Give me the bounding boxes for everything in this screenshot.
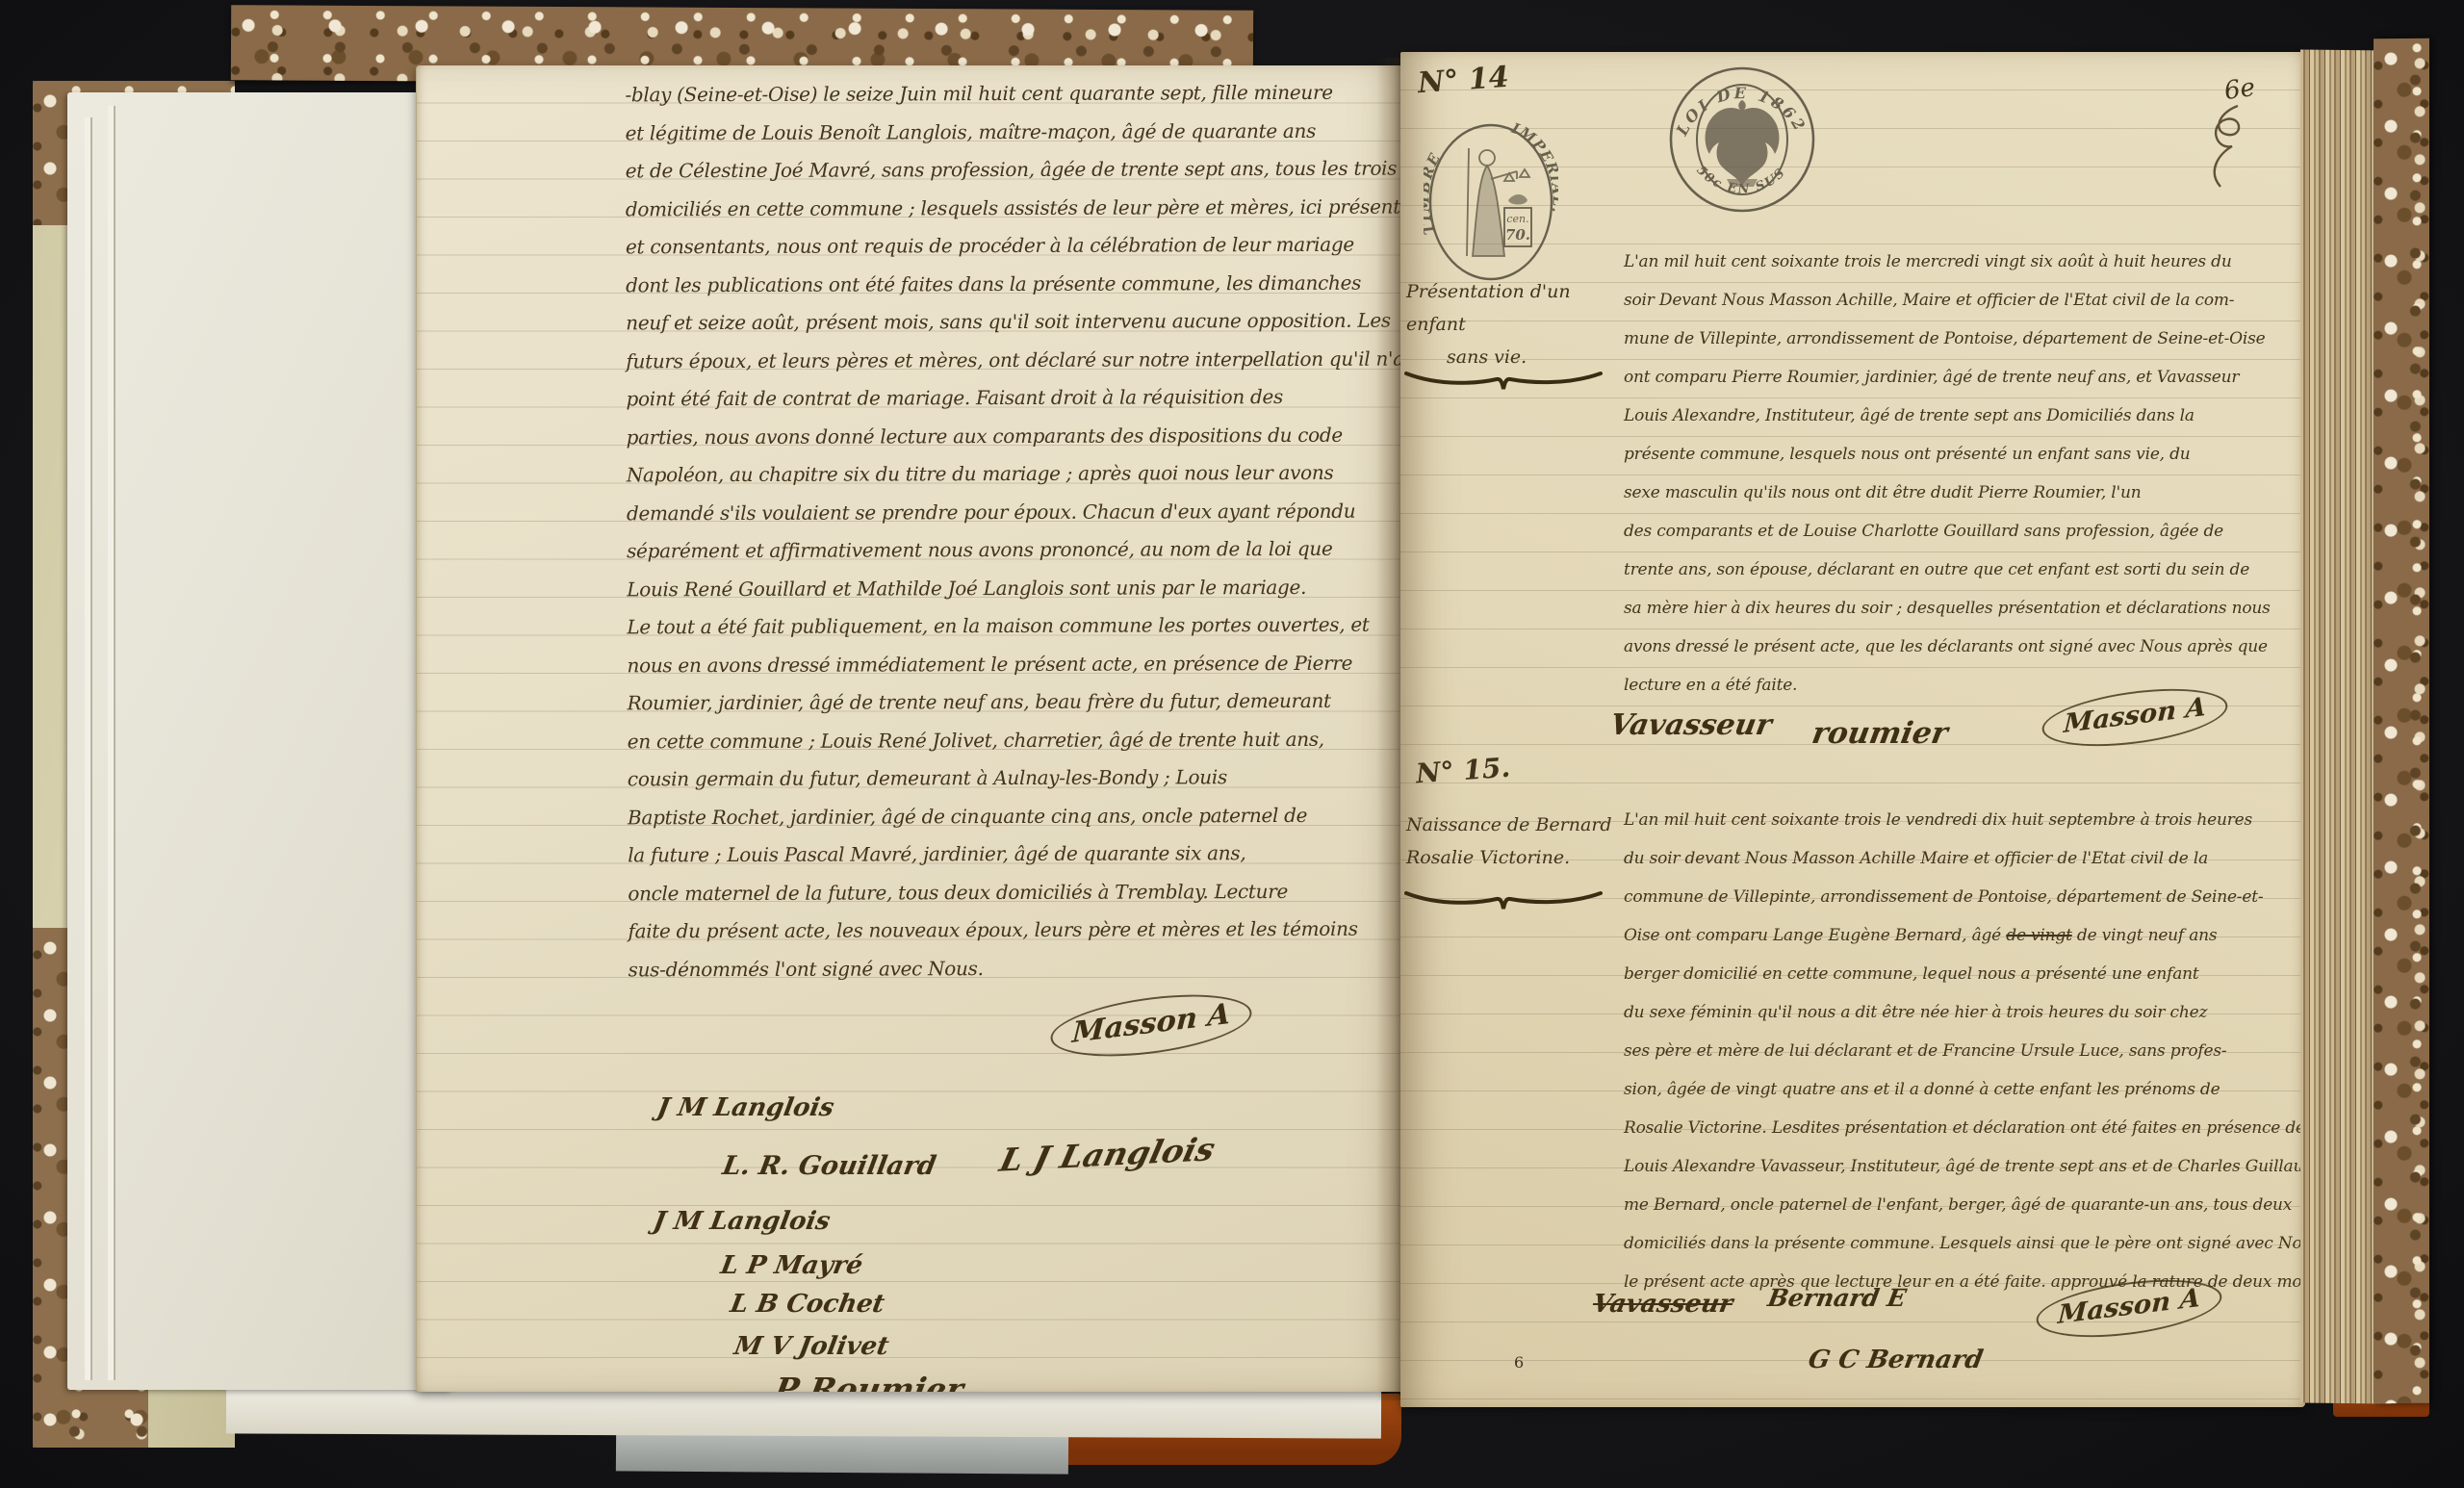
marriage-act-text: -blay (Seine-et-Oise) le seize Juin mil … [625,74,1398,989]
margin-note-line: Rosalie Victorine. [1406,841,1628,874]
left-register-page: -blay (Seine-et-Oise) le seize Juin mil … [416,65,1404,1392]
manuscript-line: point été fait de contrat de mariage. Fa… [626,378,1396,419]
birth-act-text-part2: berger domicilié en cette commune, leque… [1624,955,2297,1301]
manuscript-line: Napoléon, au chapitre six du titre du ma… [627,454,1397,495]
loi-de-1862-stamp: LOI DE 1862 50c EN SUS [1666,64,1818,216]
line-text: Oise ont comparu Lange Eugène Bernard, â… [1624,926,2006,945]
manuscript-line: et légitime de Louis Benoît Langlois, ma… [625,112,1395,152]
manuscript-line: sa mère hier à dix heures du soir ; desq… [1624,589,2297,628]
manuscript-line: L'an mil huit cent soixante trois le ven… [1624,801,2297,839]
margin-note-line: Présentation d'un enfant [1406,275,1628,341]
manuscript-line: sus-dénommés l'ont signé avec Nous. [629,948,1399,988]
manuscript-line: Le tout a été fait publiquement, en la m… [627,606,1397,647]
signature-bernard-e: Bernard E [1765,1284,1908,1312]
manuscript-line: ont comparu Pierre Roumier, jardinier, â… [1624,358,2297,397]
manuscript-line: dont les publications ont été faites dan… [626,264,1396,304]
manuscript-line: sexe masculin qu'ils nous ont dit être d… [1624,474,2297,512]
signature-flourish-oval: Masson A [2040,680,2228,756]
signature-flourish-oval: Masson A [1049,986,1253,1066]
manuscript-line: Louis Alexandre Vavasseur, Instituteur, … [1624,1147,2297,1186]
timbre-imperial-stamp: TIMBRE IMPERIAL. cen. 70. [1424,119,1558,285]
manuscript-line: Louis Alexandre, Instituteur, âgé de tre… [1624,397,2297,435]
manuscript-line: futurs époux, et leurs pères et mères, o… [626,340,1396,380]
manuscript-line: mune de Villepinte, arrondissement de Po… [1624,320,2297,358]
signature-vavasseur: Vavasseur [1590,1290,1734,1319]
signature-masson-mayor: Masson A [2033,1282,2224,1335]
manuscript-line: Rosalie Victorine. Lesdites présentation… [1624,1109,2297,1147]
svg-text:TIMBRE: TIMBRE [1424,149,1445,237]
manuscript-line: L'an mil huit cent soixante trois le mer… [1624,243,2297,281]
signature-mayre: L P Mayré [718,1251,864,1280]
marbled-cover-right-edge [2374,38,2429,1404]
manuscript-line: berger domicilié en cette commune, leque… [1624,955,2297,993]
signature-roumier: roumier [1809,716,1951,751]
signature-gouillard: L. R. Gouillard [720,1151,938,1181]
signature-langlois-2: J M Langlois [651,1207,832,1236]
svg-text:cen.: cen. [1506,213,1528,225]
manuscript-line: du soir devant Nous Masson Achille Maire… [1624,839,2297,878]
signature-masson-mayor: Masson A [2039,691,2230,744]
folio-paraphe-flourish [2199,104,2267,191]
act-number-14: N° 14 [1417,61,1510,101]
sheet-edge [108,106,117,1380]
margin-note-entry14: Présentation d'un enfant sans vie. [1406,275,1628,373]
manuscript-line: cousin germain du futur, demeurant à Aul… [628,758,1398,799]
manuscript-line: ses père et mère de lui déclarant et de … [1624,1032,2297,1070]
manuscript-line: présente commune, lesquels nous ont prés… [1624,435,2297,474]
value-tablet: cen. 70. [1504,194,1531,246]
manuscript-line: et consentants, nous ont requis de procé… [626,226,1396,267]
manuscript-line: nous en avons dressé immédiatement le pr… [627,644,1397,684]
manuscript-line: la future ; Louis Pascal Mavré, jardinie… [628,834,1398,875]
signature-cochet: L B Cochet [728,1290,886,1319]
imperial-eagle [1706,100,1780,187]
folio-mark: 6e [2222,73,2257,106]
manuscript-line: me Bernard, oncle paternel de l'enfant, … [1624,1186,2297,1224]
signature-gc-bernard: G C Bernard [1806,1346,1985,1374]
line-text: de vingt neuf ans [2072,926,2218,945]
manuscript-line: domiciliés en cette commune ; lesquels a… [626,188,1396,228]
margin-note-line: Naissance de Bernard [1406,808,1628,841]
manuscript-line: Baptiste Rochet, jardinier, âgé de cinqu… [628,796,1398,836]
manuscript-line: et de Célestine Joé Mavré, sans professi… [626,150,1396,191]
blank-flyleaf-page [67,92,452,1390]
manuscript-line: des comparants et de Louise Charlotte Go… [1624,512,2297,551]
manuscript-line: faite du présent acte, les nouveaux épou… [628,911,1398,951]
margin-note-entry15: Naissance de Bernard Rosalie Victorine. [1406,808,1628,874]
manuscript-line: sion, âgée de vingt quatre ans et il a d… [1624,1070,2297,1109]
sheet-edge [85,117,94,1380]
manuscript-line: parties, nous avons donné lecture aux co… [627,416,1397,456]
manuscript-line: trente ans, son épouse, déclarant en out… [1624,551,2297,589]
signature-masson-mayor: Masson A [1047,997,1255,1054]
margin-brace [1402,368,1604,393]
signature-jolivet: M V Jolivet [731,1332,890,1361]
signature-langlois: J M Langlois [654,1093,835,1122]
manuscript-line: Louis René Gouillard et Mathilde Joé Lan… [627,568,1397,608]
signature-roumier: P Roumier [772,1371,966,1392]
printed-page-number: 6 [1514,1353,1524,1372]
manuscript-line: du sexe féminin qu'il nous a dit être né… [1624,993,2297,1032]
manuscript-line: commune de Villepinte, arrondissement de… [1624,878,2297,916]
birth-act-line-with-erasure: Oise ont comparu Lange Eugène Bernard, â… [1624,916,2297,955]
manuscript-line: en cette commune ; Louis René Jolivet, c… [628,720,1398,760]
manuscript-line: soir Devant Nous Masson Achille, Maire e… [1624,281,2297,320]
manuscript-line: -blay (Seine-et-Oise) le seize Juin mil … [625,74,1395,115]
binding-cloth-bottom [616,1430,1068,1474]
signature-vavasseur: Vavasseur [1607,708,1774,742]
manuscript-line: domiciliés dans la présente commune. Les… [1624,1224,2297,1263]
manuscript-line: neuf et seize août, présent mois, sans q… [626,302,1396,343]
signature-flourish-oval: Masson A [2035,1271,2222,1347]
signature-langlois-bride: L J Langlois [996,1130,1219,1178]
manuscript-line: oncle maternel de la future, tous deux d… [628,872,1398,912]
manuscript-line: avons dressé le présent acte, que les dé… [1624,628,2297,666]
act-number-15: N° 15. [1415,752,1511,790]
struck-words: de vingt [2006,926,2071,945]
manuscript-line: séparément et affirmativement nous avons… [627,530,1397,571]
register-photograph: -blay (Seine-et-Oise) le seize Juin mil … [0,0,2464,1488]
margin-brace [1402,887,1604,912]
manuscript-line: Roumier, jardinier, âgé de trente neuf a… [628,682,1398,723]
birth-act-text-part1: L'an mil huit cent soixante trois le ven… [1624,801,2297,916]
svg-text:70.: 70. [1505,226,1530,244]
right-register-page: N° 14 6e TIMBRE IMPERIAL. [1400,52,2305,1407]
manuscript-line: demandé s'ils voulaient se prendre pour … [627,492,1397,532]
stillborn-act-text: L'an mil huit cent soixante trois le mer… [1624,243,2297,705]
